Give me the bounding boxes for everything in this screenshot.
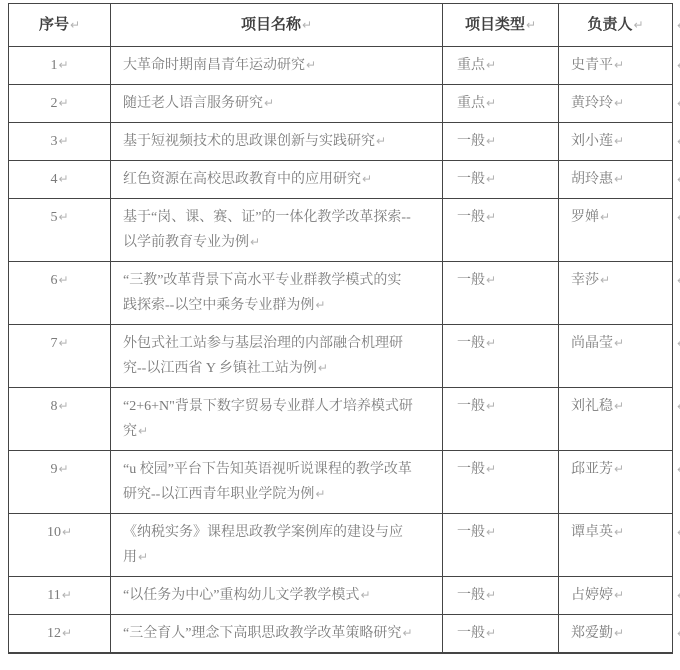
cell-index: 12↵ [9,615,111,654]
paragraph-mark-icon: ↵ [58,134,68,148]
paragraph-mark-icon: ↵ [62,588,72,602]
project-type: 重点 [457,58,485,73]
table-row: 12↵ “三全育人”理念下高职思政教学改革策略研究↵ 一般↵ 郑爱勤↵ ↵ [9,615,680,654]
cell-index: 5↵ [9,199,111,262]
table-row: 7↵ 外包式社工站参与基层治理的内部融合机理研究--以江西省 Y 乡镇社工站为例… [9,325,680,388]
paragraph-mark-icon: ↵ [58,96,68,110]
row-number: 11 [47,588,60,603]
paragraph-mark-icon: ↵ [526,18,536,32]
cell-project-type: 一般↵ [443,161,559,199]
row-number: 7 [50,336,57,351]
paragraph-mark-icon: ↵ [315,487,325,501]
project-name: 随迁老人语言服务研究 [123,96,263,111]
row-end-cell: ↵ [673,85,680,123]
row-end-cell: ↵ [673,123,680,161]
cell-index: 10↵ [9,514,111,577]
cell-project-type: 一般↵ [443,514,559,577]
row-number: 8 [50,399,57,414]
row-end-cell: ↵ [673,388,680,451]
table-row: 2↵ 随迁老人语言服务研究↵ 重点↵ 黄玲玲↵ ↵ [9,85,680,123]
row-end-cell: ↵ [673,325,680,388]
cell-project-name: 外包式社工站参与基层治理的内部融合机理研究--以江西省 Y 乡镇社工站为例↵ [111,325,443,388]
row-end-cell: ↵ [673,262,680,325]
project-type: 一般 [457,210,485,225]
cell-project-name: 大革命时期南昌青年运动研究↵ [111,47,443,85]
cell-leader: 尚晶莹↵ [559,325,673,388]
paragraph-mark-icon: ↵ [318,361,328,375]
table-header-row: 序号↵ 项目名称↵ 项目类型↵ 负责人↵ ↵ [9,4,680,47]
project-name: 《纳税实务》课程思政教学案例库的建设与应用 [123,525,403,565]
cell-project-type: 一般↵ [443,325,559,388]
cell-leader: 幸莎↵ [559,262,673,325]
cell-leader: 刘礼稳↵ [559,388,673,451]
leader-name: 谭卓英 [571,525,613,540]
paragraph-mark-icon: ↵ [402,626,412,640]
paragraph-mark-icon: ↵ [250,235,260,249]
project-type: 重点 [457,96,485,111]
cell-project-type: 重点↵ [443,47,559,85]
projects-table: 序号↵ 项目名称↵ 项目类型↵ 负责人↵ ↵ 1↵ 大革命时期南昌青年运动研究↵… [8,3,680,654]
table-row: 5↵ 基于“岗、课、赛、证”的一体化教学改革探索--以学前教育专业为例↵ 一般↵… [9,199,680,262]
leader-name: 郑爱勤 [571,626,613,641]
cell-leader: 史青平↵ [559,47,673,85]
cell-index: 2↵ [9,85,111,123]
table-row: 4↵ 红色资源在高校思政教育中的应用研究↵ 一般↵ 胡玲惠↵ ↵ [9,161,680,199]
row-number: 5 [50,210,57,225]
leader-name: 罗婵 [571,210,599,225]
project-type: 一般 [457,525,485,540]
row-number: 1 [50,58,57,73]
project-name: 外包式社工站参与基层治理的内部融合机理研究--以江西省 Y 乡镇社工站为例 [123,336,403,376]
row-number: 10 [47,525,61,540]
cell-project-type: 一般↵ [443,262,559,325]
header-cell-index: 序号↵ [9,4,111,47]
paragraph-mark-icon: ↵ [486,336,496,350]
paragraph-mark-icon: ↵ [376,134,386,148]
row-number: 9 [50,462,57,477]
paragraph-mark-icon: ↵ [486,58,496,72]
paragraph-mark-icon: ↵ [70,18,80,32]
project-name: “三全育人”理念下高职思政教学改革策略研究 [123,626,401,641]
paragraph-mark-icon: ↵ [633,18,643,32]
cell-leader: 谭卓英↵ [559,514,673,577]
cell-project-type: 一般↵ [443,388,559,451]
cell-project-type: 一般↵ [443,615,559,654]
cell-project-name: 基于“岗、课、赛、证”的一体化教学改革探索--以学前教育专业为例↵ [111,199,443,262]
paragraph-mark-icon: ↵ [614,134,624,148]
row-number: 12 [47,626,61,641]
row-number: 3 [50,134,57,149]
paragraph-mark-icon: ↵ [58,399,68,413]
paragraph-mark-icon: ↵ [486,134,496,148]
project-name: “2+6+N"背景下数字贸易专业群人才培养模式研究 [123,399,413,439]
header-label-name: 项目名称 [241,17,301,33]
cell-leader: 胡玲惠↵ [559,161,673,199]
cell-index: 4↵ [9,161,111,199]
project-type: 一般 [457,626,485,641]
table-row: 6↵ “三教”改革背景下高水平专业群教学模式的实践探索--以空中乘务专业群为例↵… [9,262,680,325]
project-name: “以任务为中心”重构幼儿文学教学模式 [123,588,359,603]
project-type: 一般 [457,273,485,288]
cell-index: 6↵ [9,262,111,325]
paragraph-mark-icon: ↵ [62,525,72,539]
paragraph-mark-icon: ↵ [614,172,624,186]
paragraph-mark-icon: ↵ [486,210,496,224]
leader-name: 刘小莲 [571,134,613,149]
project-type: 一般 [457,134,485,149]
table-row: 1↵ 大革命时期南昌青年运动研究↵ 重点↵ 史青平↵ ↵ [9,47,680,85]
paragraph-mark-icon: ↵ [58,210,68,224]
paragraph-mark-icon: ↵ [600,273,610,287]
paragraph-mark-icon: ↵ [360,588,370,602]
paragraph-mark-icon: ↵ [486,626,496,640]
paragraph-mark-icon: ↵ [138,550,148,564]
cell-leader: 刘小莲↵ [559,123,673,161]
document-page: 序号↵ 项目名称↵ 项目类型↵ 负责人↵ ↵ 1↵ 大革命时期南昌青年运动研究↵… [0,0,680,654]
paragraph-mark-icon: ↵ [62,626,72,640]
cell-project-name: “2+6+N"背景下数字贸易专业群人才培养模式研究↵ [111,388,443,451]
cell-project-name: “以任务为中心”重构幼儿文学教学模式↵ [111,577,443,615]
header-cell-type: 项目类型↵ [443,4,559,47]
paragraph-mark-icon: ↵ [486,96,496,110]
paragraph-mark-icon: ↵ [486,172,496,186]
paragraph-mark-icon: ↵ [486,273,496,287]
project-type: 一般 [457,462,485,477]
row-end-cell: ↵ [673,161,680,199]
cell-project-type: 一般↵ [443,199,559,262]
cell-index: 8↵ [9,388,111,451]
project-name: 红色资源在高校思政教育中的应用研究 [123,172,361,187]
cell-project-name: 基于短视频技术的思政课创新与实践研究↵ [111,123,443,161]
paragraph-mark-icon: ↵ [600,210,610,224]
paragraph-mark-icon: ↵ [614,626,624,640]
project-type: 一般 [457,172,485,187]
paragraph-mark-icon: ↵ [614,525,624,539]
cell-project-type: 一般↵ [443,123,559,161]
header-label-leader: 负责人 [587,17,632,33]
row-number: 2 [50,96,57,111]
cell-leader: 黄玲玲↵ [559,85,673,123]
paragraph-mark-icon: ↵ [614,336,624,350]
table-row: 9↵ “u 校园”平台下告知英语视听说课程的教学改革研究--以江西青年职业学院为… [9,451,680,514]
cell-leader: 占婷婷↵ [559,577,673,615]
row-number: 6 [50,273,57,288]
leader-name: 刘礼稳 [571,399,613,414]
paragraph-mark-icon: ↵ [486,399,496,413]
paragraph-mark-icon: ↵ [58,58,68,72]
project-type: 一般 [457,399,485,414]
project-name: 基于“岗、课、赛、证”的一体化教学改革探索--以学前教育专业为例 [123,210,411,250]
cell-project-name: 随迁老人语言服务研究↵ [111,85,443,123]
paragraph-mark-icon: ↵ [614,462,624,476]
header-label-type: 项目类型 [465,17,525,33]
cell-project-type: 重点↵ [443,85,559,123]
paragraph-mark-icon: ↵ [302,18,312,32]
paragraph-mark-icon: ↵ [315,298,325,312]
cell-project-type: 一般↵ [443,577,559,615]
project-type: 一般 [457,336,485,351]
row-end-cell: ↵ [673,199,680,262]
leader-name: 史青平 [571,58,613,73]
cell-index: 1↵ [9,47,111,85]
cell-project-name: 红色资源在高校思政教育中的应用研究↵ [111,161,443,199]
paragraph-mark-icon: ↵ [614,588,624,602]
leader-name: 黄玲玲 [571,96,613,111]
paragraph-mark-icon: ↵ [362,172,372,186]
paragraph-mark-icon: ↵ [58,273,68,287]
leader-name: 尚晶莹 [571,336,613,351]
cell-leader: 罗婵↵ [559,199,673,262]
cell-leader: 邱亚芳↵ [559,451,673,514]
row-number: 4 [50,172,57,187]
paragraph-mark-icon: ↵ [138,424,148,438]
project-name: “u 校园”平台下告知英语视听说课程的教学改革研究--以江西青年职业学院为例 [123,462,412,502]
paragraph-mark-icon: ↵ [58,462,68,476]
row-end-cell: ↵ [673,451,680,514]
cell-index: 3↵ [9,123,111,161]
project-type: 一般 [457,588,485,603]
paragraph-mark-icon: ↵ [58,336,68,350]
paragraph-mark-icon: ↵ [614,399,624,413]
row-end-cell: ↵ [673,577,680,615]
project-name: 大革命时期南昌青年运动研究 [123,58,305,73]
cell-index: 9↵ [9,451,111,514]
cell-project-name: “三全育人”理念下高职思政教学改革策略研究↵ [111,615,443,654]
paragraph-mark-icon: ↵ [486,525,496,539]
table-row: 3↵ 基于短视频技术的思政课创新与实践研究↵ 一般↵ 刘小莲↵ ↵ [9,123,680,161]
paragraph-mark-icon: ↵ [614,58,624,72]
paragraph-mark-icon: ↵ [58,172,68,186]
cell-leader: 郑爱勤↵ [559,615,673,654]
leader-name: 胡玲惠 [571,172,613,187]
row-end-cell: ↵ [673,514,680,577]
leader-name: 幸莎 [571,273,599,288]
cell-project-name: “u 校园”平台下告知英语视听说课程的教学改革研究--以江西青年职业学院为例↵ [111,451,443,514]
paragraph-mark-icon: ↵ [486,462,496,476]
paragraph-mark-icon: ↵ [486,588,496,602]
leader-name: 占婷婷 [571,588,613,603]
cell-project-name: “三教”改革背景下高水平专业群教学模式的实践探索--以空中乘务专业群为例↵ [111,262,443,325]
cell-index: 7↵ [9,325,111,388]
project-name: 基于短视频技术的思政课创新与实践研究 [123,134,375,149]
paragraph-mark-icon: ↵ [306,58,316,72]
row-end-cell: ↵ [673,47,680,85]
table-row: 8↵ “2+6+N"背景下数字贸易专业群人才培养模式研究↵ 一般↵ 刘礼稳↵ ↵ [9,388,680,451]
table-row: 11↵ “以任务为中心”重构幼儿文学教学模式↵ 一般↵ 占婷婷↵ ↵ [9,577,680,615]
cell-index: 11↵ [9,577,111,615]
paragraph-mark-icon: ↵ [264,96,274,110]
row-end-cell: ↵ [673,615,680,654]
cell-project-name: 《纳税实务》课程思政教学案例库的建设与应用↵ [111,514,443,577]
header-label-index: 序号 [39,17,69,33]
header-cell-leader: 负责人↵ [559,4,673,47]
table-row: 10↵ 《纳税实务》课程思政教学案例库的建设与应用↵ 一般↵ 谭卓英↵ ↵ [9,514,680,577]
row-end-cell: ↵ [673,4,680,47]
paragraph-mark-icon: ↵ [614,96,624,110]
project-name: “三教”改革背景下高水平专业群教学模式的实践探索--以空中乘务专业群为例 [123,273,401,313]
cell-project-type: 一般↵ [443,451,559,514]
header-cell-name: 项目名称↵ [111,4,443,47]
leader-name: 邱亚芳 [571,462,613,477]
